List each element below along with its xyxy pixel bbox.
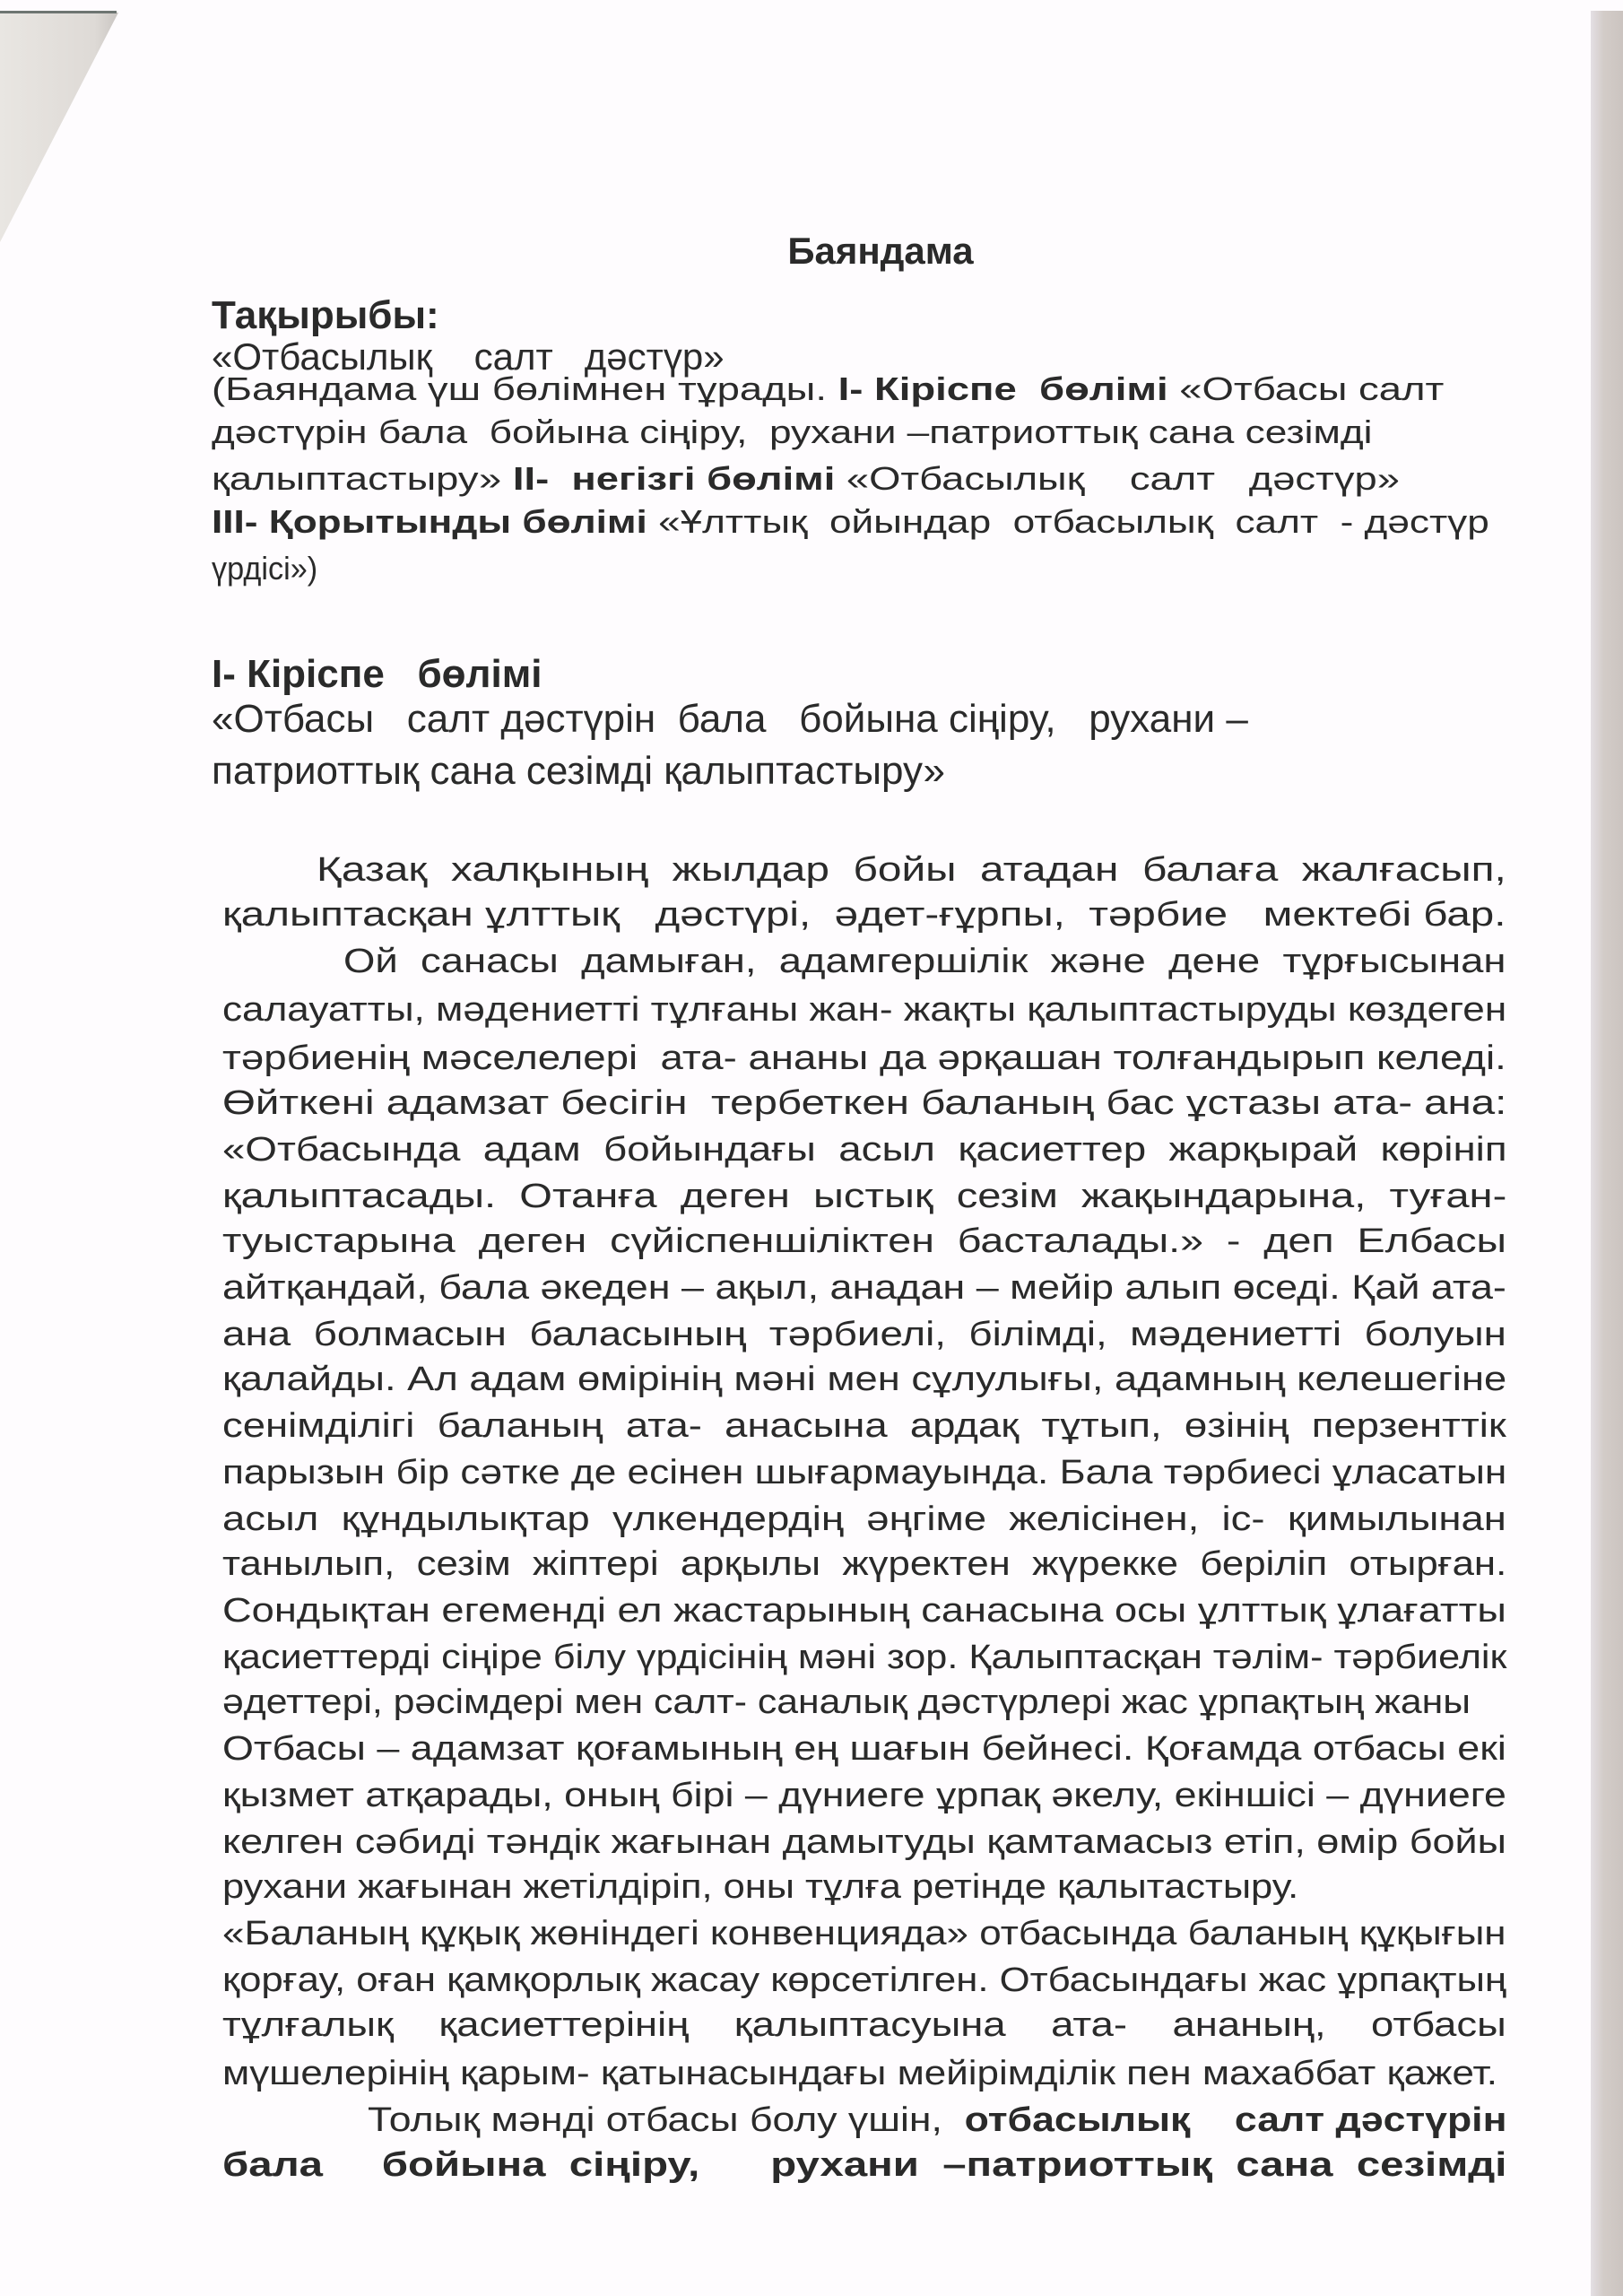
body-line: қалайды. Ал адам өмірінің мәні мен сұлул… bbox=[222, 1360, 1506, 1399]
body-line: Өйткені адамзат бесігін тербеткен баланы… bbox=[222, 1083, 1506, 1123]
text-span: қалыптастыру» bbox=[212, 460, 513, 497]
bold-span: II- негізгі бөлімі bbox=[513, 460, 835, 497]
body-line: қалыптасқан ұлттық дәстүрі, әдет-ғұрпы, … bbox=[222, 895, 1506, 935]
text-span: мүшелерінің қарым- қатынасындағы мейірім… bbox=[222, 2055, 1497, 2092]
text-span: Қазақ халқының жылдар бойы атадан балаға… bbox=[317, 851, 1506, 889]
text-span: қорғау, оған қамқорлық жасау көрсетілген… bbox=[222, 1961, 1506, 1999]
text-span: келген сәбиді тәндік жағынан дамытуды қа… bbox=[222, 1823, 1506, 1861]
text-span: Отбасы – адамзат қоғамының ең шағын бейн… bbox=[222, 1730, 1506, 1768]
text-span: ана болмасын баласының тәрбиелі, білімді… bbox=[222, 1316, 1506, 1353]
text-span: рухани жағынан жетілдіріп, оны тұлға рет… bbox=[222, 1868, 1298, 1906]
body-line: қызмет атқарады, оның бірі – дүниеге ұрп… bbox=[222, 1776, 1506, 1815]
text-span: қалыптасқан ұлттық дәстүрі, әдет-ғұрпы, … bbox=[222, 896, 1506, 934]
body-line: парызын бір сәтке де есінен шығармауында… bbox=[222, 1453, 1506, 1492]
scan-right-edge bbox=[1591, 11, 1623, 2296]
body-line: Сондықтан егеменді ел жастарының санасын… bbox=[222, 1591, 1506, 1631]
text-span: «Отбасында адам бойындағы асыл қасиеттер… bbox=[222, 1131, 1507, 1169]
text-span: парызын бір сәтке де есінен шығармауында… bbox=[222, 1454, 1506, 1492]
text-span: айтқандай, бала әкеден – ақыл, анадан – … bbox=[222, 1269, 1506, 1307]
body-line: тәрбиенің мәселелері ата- ананы да әрқаш… bbox=[222, 1039, 1506, 1078]
body-line: сенімділігі баланың ата- анасына ардақ т… bbox=[222, 1406, 1506, 1446]
text-span: танылып, сезім жіптері арқылы жүректен ж… bbox=[222, 1545, 1506, 1583]
bold-span: I- Кіріспе бөлімі bbox=[838, 370, 1168, 407]
bold-span: III- Қорытынды бөлімі bbox=[212, 503, 647, 540]
text-span: қасиеттерді сіңіре білу үрдісінің мәні з… bbox=[222, 1639, 1506, 1676]
text-span: дәстүрін бала бойына сіңіру, рухани –пат… bbox=[212, 413, 1372, 450]
text-span: «Отбасы салт bbox=[1168, 370, 1445, 407]
document-page: Баяндама Тақырыбы: «Отбасылық салт дәстү… bbox=[0, 0, 1591, 2296]
body-line: әдеттері, рәсімдері мен салт- саналық дә… bbox=[222, 1683, 1471, 1722]
text-span: Сондықтан егеменді ел жастарының санасын… bbox=[222, 1592, 1506, 1630]
text-span: Толық мәнді отбасы болу үшін, bbox=[368, 2101, 965, 2139]
text-span: асыл құндылықтар үлкендердің әңгіме желі… bbox=[222, 1500, 1506, 1538]
text-span: «Отбасылық салт дәстүр» bbox=[835, 460, 1400, 497]
text-span: тұлғалық қасиеттерінің қалыптасуына ата-… bbox=[222, 2006, 1506, 2044]
text-span: қалыптасады. Отанға деген ыстық сезім жа… bbox=[222, 1178, 1506, 1215]
text-span: қалайды. Ал адам өмірінің мәні мен сұлул… bbox=[222, 1361, 1506, 1398]
body-line: асыл құндылықтар үлкендердің әңгіме желі… bbox=[222, 1500, 1506, 1539]
body-line: Толық мәнді отбасы болу үшін, отбасылық … bbox=[368, 2100, 1506, 2140]
body-line: мүшелерінің қарым- қатынасындағы мейірім… bbox=[222, 2054, 1497, 2093]
body-line: «Отбасында адам бойындағы асыл қасиеттер… bbox=[222, 1130, 1507, 1170]
body-line: салауатты, мәдениетті тұлғаны жан- жақты… bbox=[222, 990, 1506, 1030]
outline-line: қалыптастыру» II- негізгі бөлімі «Отбасы… bbox=[212, 459, 1400, 499]
body-line: «Баланың құқық жөніндегі конвенцияда» от… bbox=[222, 1914, 1506, 1953]
body-line: қорғау, оған қамқорлық жасау көрсетілген… bbox=[222, 1961, 1506, 2000]
text-span: әдеттері, рәсімдері мен салт- саналық дә… bbox=[222, 1683, 1471, 1721]
bold-span: отбасылық салт дәстүрін bbox=[965, 2101, 1507, 2139]
body-line: ана болмасын баласының тәрбиелі, білімді… bbox=[222, 1315, 1506, 1354]
document-title: Баяндама bbox=[0, 231, 1591, 271]
body-line: келген сәбиді тәндік жағынан дамытуды қа… bbox=[222, 1822, 1506, 1862]
body-line: Ой санасы дамыған, адамгершілік және ден… bbox=[343, 942, 1506, 981]
text-span: қызмет атқарады, оның бірі – дүниеге ұрп… bbox=[222, 1777, 1506, 1814]
body-line: танылып, сезім жіптері арқылы жүректен ж… bbox=[222, 1544, 1506, 1584]
text-span: «Ұлттық ойындар отбасылық салт - дәстүр bbox=[647, 503, 1489, 540]
text-span: салауатты, мәдениетті тұлғаны жан- жақты… bbox=[222, 991, 1506, 1029]
body-line: айтқандай, бала әкеден – ақыл, анадан – … bbox=[222, 1268, 1506, 1308]
section1-heading: I- Кіріспе бөлімі bbox=[212, 655, 542, 694]
body-line: рухани жағынан жетілдіріп, оны тұлға рет… bbox=[222, 1867, 1298, 1907]
text-span: «Баланың құқық жөніндегі конвенцияда» от… bbox=[222, 1915, 1506, 1952]
bold-span: бала бойына сіңіру, рухани –патриоттық с… bbox=[222, 2146, 1506, 2184]
text-span: (Баяндама үш бөлімнен тұрады. bbox=[212, 370, 838, 407]
text-span: үрдісі») bbox=[212, 550, 317, 587]
text-span: тәрбиенің мәселелері ата- ананы да әрқаш… bbox=[222, 1039, 1506, 1077]
body-line: қалыптасады. Отанға деген ыстық сезім жа… bbox=[222, 1177, 1506, 1216]
text-span: Ой санасы дамыған, адамгершілік және ден… bbox=[343, 943, 1506, 980]
text-span: сенімділігі баланың ата- анасына ардақ т… bbox=[222, 1407, 1506, 1445]
outline-line: III- Қорытынды бөлімі «Ұлттық ойындар от… bbox=[212, 502, 1489, 542]
body-line: туыстарына деген сүйіспеншіліктен бастал… bbox=[222, 1222, 1506, 1261]
text-span: туыстарына деген сүйіспеншіліктен бастал… bbox=[222, 1222, 1506, 1260]
body-line: бала бойына сіңіру, рухани –патриоттық с… bbox=[222, 2145, 1506, 2185]
body-line: Отбасы – адамзат қоғамының ең шағын бейн… bbox=[222, 1729, 1506, 1769]
section1-subtitle-line-1: «Отбасы салт дәстүрін бала бойына сіңіру… bbox=[212, 700, 1494, 739]
section1-subtitle-line-2: патриоттық сана сезімді қалыптастыру» bbox=[212, 752, 945, 791]
topic-label: Тақырыбы: bbox=[212, 296, 439, 335]
outline-line: (Баяндама үш бөлімнен тұрады. I- Кіріспе… bbox=[212, 370, 1444, 409]
body-line: тұлғалық қасиеттерінің қалыптасуына ата-… bbox=[222, 2005, 1506, 2045]
body-line: қасиеттерді сіңіре білу үрдісінің мәні з… bbox=[222, 1638, 1506, 1677]
body-line: Қазақ халқының жылдар бойы атадан балаға… bbox=[317, 850, 1506, 890]
outline-line: үрдісі») bbox=[212, 549, 317, 588]
outline-line: дәстүрін бала бойына сіңіру, рухани –пат… bbox=[212, 413, 1372, 452]
text-span: Өйткені адамзат бесігін тербеткен баланы… bbox=[222, 1084, 1506, 1122]
